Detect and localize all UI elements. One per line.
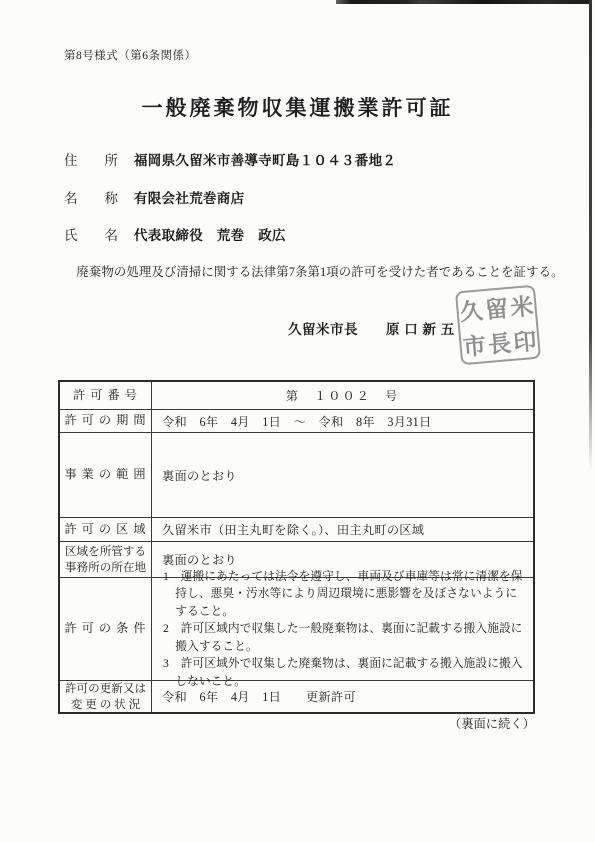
company-name-label: 名 称 [64,187,118,207]
table-row-permit-number: 許 可 番 号 第 １００２ 号 [60,382,533,409]
permit-period-label: 許 可 の 期 間 [60,410,152,432]
permit-number-value: 第 １００２ 号 [152,382,533,409]
permit-number-label: 許 可 番 号 [60,382,152,409]
table-row-permit-area: 許 可 の 区 域 久留米市（田主丸町を除く。）、田主丸町の区域 [60,517,533,541]
address-label-char1: 住 [64,149,78,169]
document-title: 一般廃棄物収集運搬業許可証 [0,92,595,122]
certification-statement: 廃棄物の処理及び清掃に関する法律第7条第1項の許可を受けた者であることを証する。 [64,262,569,280]
form-number-note: 第8号様式（第6条関係） [64,47,197,63]
office-location-label: 区域を所管する 事務所の所在地 [60,542,152,577]
renewal-status-label-line1: 許可の更新又は [65,681,146,696]
seal-char-3: 米 [508,287,536,324]
company-name-value: 有限会社荒巻商店 [134,187,244,207]
condition-item-2: 2 許可区域内で収集した一般廃棄物は、裏面に記載する搬入施設に搬入すること。 [163,620,525,655]
seal-char-1: 久 [457,291,485,328]
permit-details-table: 許 可 番 号 第 １００２ 号 許 可 の 期 間 令和 6年 4月 1日 ～… [58,380,535,714]
seal-char-2: 留 [482,289,510,326]
issuer-mayor-name: 久留米市長 原 口 新 五 [288,318,455,338]
office-location-label-line2: 事務所の所在地 [65,560,146,575]
company-name-label-char1: 名 [64,187,78,207]
address-label: 住 所 [64,149,118,169]
address-label-char2: 所 [105,149,119,169]
representative-label-char2: 名 [105,224,119,244]
mayor-seal-stamp: 久 留 米 市 長 印 [455,285,541,366]
representative-label-char1: 氏 [64,224,78,244]
office-location-label-line1: 区域を所管する [65,544,146,559]
representative-field: 氏 名 代表取締役 荒巻 政広 [64,224,286,244]
permit-area-label: 許 可 の 区 域 [60,518,152,541]
address-field: 住 所 福岡県久留米市善導寺町島１０４３番地２ [64,149,396,169]
seal-char-5: 長 [485,324,513,361]
permit-area-value: 久留米市（田主丸町を除く。）、田主丸町の区域 [152,518,533,541]
table-row-renewal-status: 許可の更新又は 変 更 の 状 況 令和 6年 4月 1日 更新許可 [60,680,533,712]
table-row-permit-period: 許 可 の 期 間 令和 6年 4月 1日 ～ 令和 8年 3月31日 [60,409,533,432]
representative-label: 氏 名 [64,224,118,244]
permit-conditions-label: 許 可 の 条 件 [60,578,152,680]
seal-char-4: 市 [460,326,488,363]
renewal-status-label: 許可の更新又は 変 更 の 状 況 [60,681,152,712]
table-row-business-scope: 事 業 の 範 囲 裏面のとおり [60,432,533,517]
permit-conditions-value: 1 運搬にあたっては法令を遵守し、車両及び車庫等は常に清潔を保持し、悪臭・汚水等… [152,578,533,680]
continues-on-back-note: （裏面に続く） [0,714,535,732]
renewal-status-value: 令和 6年 4月 1日 更新許可 [152,681,533,712]
business-scope-label: 事 業 の 範 囲 [60,433,152,517]
company-name-field: 名 称 有限会社荒巻商店 [64,187,244,207]
permit-period-value: 令和 6年 4月 1日 ～ 令和 8年 3月31日 [152,410,533,432]
company-name-label-char2: 称 [105,187,119,207]
seal-char-6: 印 [511,322,539,359]
address-value: 福岡県久留米市善導寺町島１０４３番地２ [134,149,396,169]
representative-value: 代表取締役 荒巻 政広 [134,224,286,244]
scan-artifact-right-edge-line [589,0,592,472]
business-scope-value: 裏面のとおり [152,433,533,517]
table-row-permit-conditions: 許 可 の 条 件 1 運搬にあたっては法令を遵守し、車両及び車庫等は常に清潔を… [60,577,533,680]
condition-item-1: 1 運搬にあたっては法令を遵守し、車両及び車庫等は常に清潔を保持し、悪臭・汚水等… [163,568,525,621]
renewal-status-label-line2: 変 更 の 状 況 [71,697,141,712]
scan-artifact-top-bar [336,0,592,4]
permit-certificate-page: 第8号様式（第6条関係） 一般廃棄物収集運搬業許可証 住 所 福岡県久留米市善導… [0,0,595,842]
